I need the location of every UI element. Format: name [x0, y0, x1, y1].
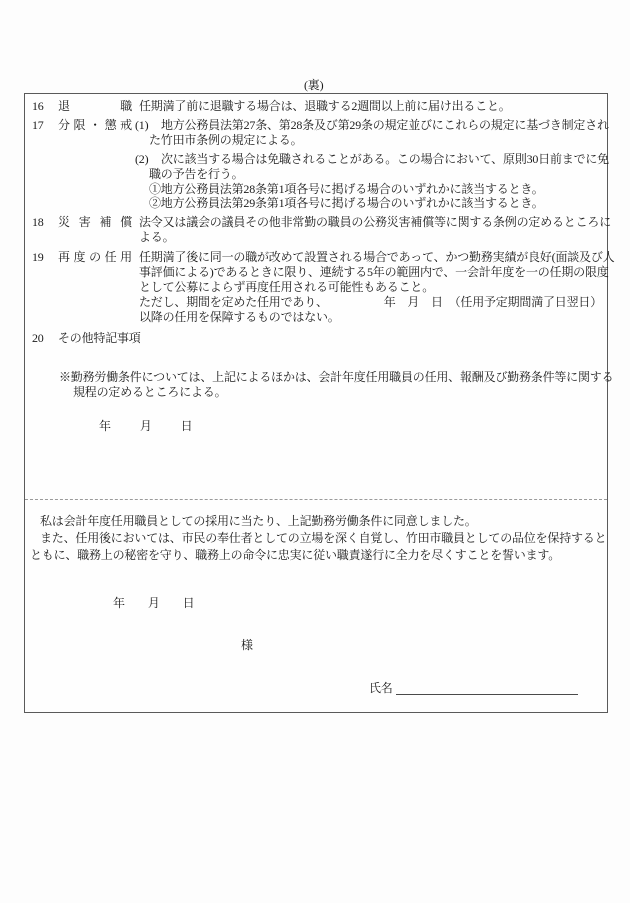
month-label: 月 [140, 419, 152, 433]
item-18-line1: 法令又は議会の議員その他非常勤の職員の公務災害補償等に関する条例の定めるところに [139, 215, 611, 229]
item-17-circled-1: ①地方公務員法第28条第1項各号に掲げる場合のいずれかに該当するとき。 [149, 182, 544, 196]
item-17-sub2-marker: (2) [135, 152, 148, 166]
item-17-label: 分限・懲戒 [58, 118, 132, 132]
item-17-sub2-line2: 職の予告を行う。 [149, 167, 243, 181]
date-field-lower: 年 月 日 [113, 596, 194, 610]
consent-line1: 私は会計年度任用職員としての採用に当たり、上記勤務労働条件に同意しました。 [40, 514, 477, 528]
working-conditions-table: 16 退職 任期満了前に退職する場合は、退職する2週間以上前に届け出ること。 1… [24, 93, 608, 713]
item-20-number: 20 [32, 331, 50, 345]
item-18-number: 18 [32, 215, 50, 229]
day-label: 日 [183, 596, 195, 610]
item-19-line3: として公募によらず再度任用される可能性もあること。 [139, 280, 434, 294]
date-field-upper: 年 月 日 [99, 419, 192, 433]
item-16-number: 16 [32, 99, 50, 113]
month-label: 月 [148, 596, 160, 610]
consent-line3: ともに、職務上の秘密を守り、職務上の命令に忠実に従い職責遂行に全力を尽くすことを… [30, 548, 560, 562]
item-17-sub1-line2: た竹田市条例の規定による。 [149, 133, 302, 147]
item-19-line4-text: ただし、期間を定めた任用であり、 [139, 295, 328, 309]
day-label: 日 [181, 419, 193, 433]
item-17-sub1-line1: 地方公務員法第27条、第28条及び第29条の規定並びにこれらの規定に基づき制定さ… [161, 118, 609, 132]
item-17-number: 17 [32, 118, 50, 132]
item-17-sub2-line1: 次に該当する場合は免職されることがある。この場合において、原則30日前までに免 [161, 152, 609, 166]
year-label: 年 [113, 596, 125, 610]
item-19-number: 19 [32, 250, 50, 264]
page-side-label: (裏) [304, 78, 323, 92]
item-18-line2: よる。 [139, 230, 174, 244]
item-19-label: 再度の任用 [58, 250, 132, 264]
item-17-circled-2: ②地方公務員法第29条第1項各号に掲げる場合のいずれかに該当するとき。 [149, 196, 544, 210]
document-page: (裏) 16 退職 任期満了前に退職する場合は、退職する2週間以上前に届け出るこ… [0, 0, 630, 903]
item-19-line5: 以降の任用を保障するものではない。 [139, 310, 340, 324]
item-19-blank-date-field: 年 月 日 （任用予定期間満了日翌日） [384, 295, 602, 309]
consent-line2: また、任用後においては、市民の奉仕者としての立場を深く自覚し、竹田市職員としての… [40, 531, 606, 545]
item-19-line1: 任期満了後に同一の職が改めて設置される場合であって、かつ勤務実績が良好(面談及び… [139, 250, 614, 264]
item-20-label: その他特記事項 [58, 331, 141, 345]
year-label: 年 [99, 419, 111, 433]
name-label: 氏名 [369, 681, 393, 695]
item-17-sub1-marker: (1) [135, 118, 148, 132]
item-18-label: 災害補償 [58, 215, 132, 229]
item-16-content: 任期満了前に退職する場合は、退職する2週間以上前に届け出ること。 [139, 99, 511, 113]
signature-field: 氏名 [369, 681, 578, 695]
item-19-line2: 事評価による)であるときに限り、連続する5年の範囲内で、一会計年度を一の任期の限… [139, 265, 609, 279]
signature-underline [396, 681, 578, 695]
dashed-separator-line [25, 499, 607, 500]
note-line2: 規程の定めるところによる。 [73, 385, 226, 399]
note-line1: ※勤務労働条件については、上記によるほかは、会計年度任用職員の任用、報酬及び勤務… [59, 370, 613, 384]
item-16-label: 退職 [58, 99, 132, 113]
addressee-suffix: 様 [241, 638, 253, 652]
